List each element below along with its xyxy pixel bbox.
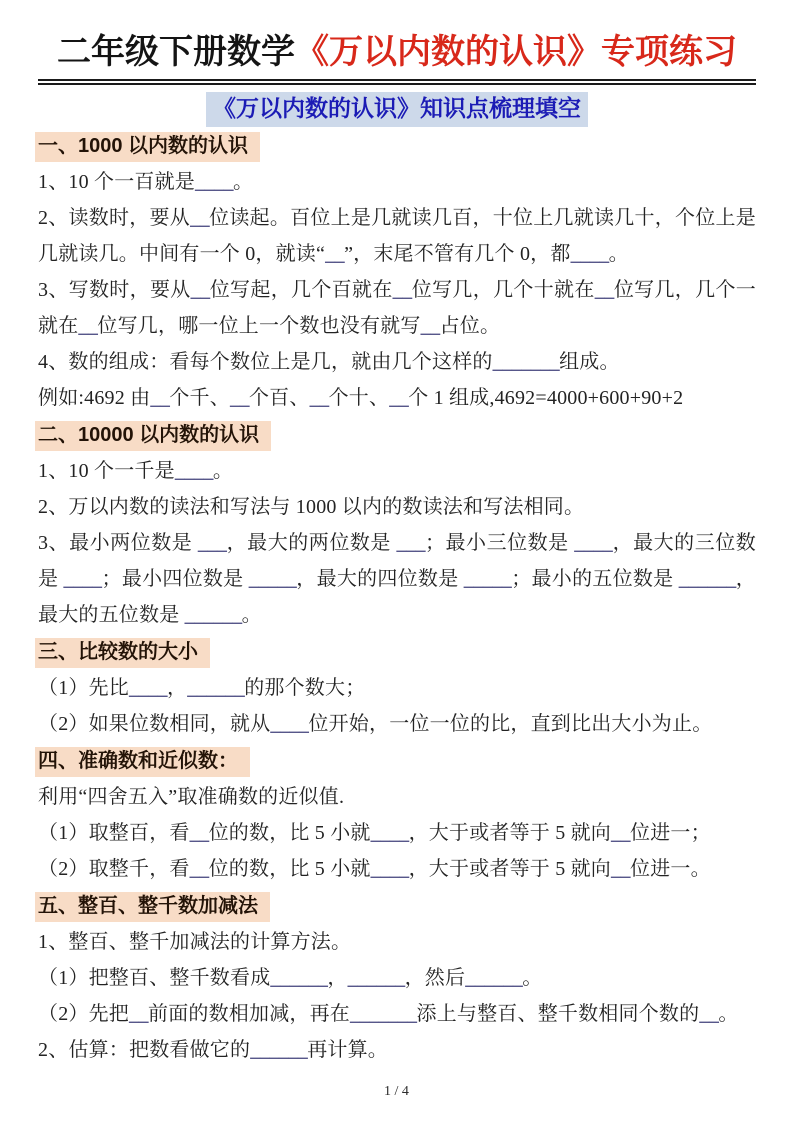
fill-in-blank: __ (393, 279, 412, 301)
worksheet-line: 2、读数时，要从__位读起。百位上是几就读几百，十位上几就读几十，个位上是几就读… (38, 200, 756, 272)
section-header-row: 四、准确数和近似数： (35, 747, 756, 777)
worksheet-line: （2）取整千，看__位的数，比 5 小就____，大于或者等于 5 就向__位进… (38, 851, 756, 887)
section-header: 三、比较数的大小 (35, 638, 210, 668)
section-header-row: 二、10000 以内数的认识 (35, 421, 756, 451)
worksheet-page: 二年级下册数学《万以内数的认识》专项练习 《万以内数的认识》知识点梳理填空 一、… (0, 0, 793, 1068)
worksheet-line: 1、整百、整千加减法的计算方法。 (38, 924, 756, 960)
worksheet-line: （1）先比____，______的那个数大； (38, 670, 756, 706)
fill-in-blank: ____ (195, 171, 233, 193)
fill-in-blank: ____ (574, 532, 612, 554)
title-highlight: 《万以内数的认识》专项练习 (295, 33, 737, 71)
fill-in-blank: __ (191, 279, 210, 301)
fill-in-blank: __ (611, 822, 630, 844)
fill-in-blank: _______ (350, 1003, 417, 1025)
fill-in-blank: ____ (371, 858, 409, 880)
fill-in-blank: ____ (371, 822, 409, 844)
section-numbers-within-10000: 二、10000 以内数的认识 1、10 个一千是____。 2、万以内数的读法和… (38, 421, 756, 633)
worksheet-line: 1、10 个一百就是____。 (38, 164, 756, 200)
fill-in-blank: _____ (464, 568, 512, 590)
fill-in-blank: ______ (465, 967, 522, 989)
fill-in-blank: __ (150, 387, 169, 409)
fill-in-blank: ______ (187, 677, 244, 699)
worksheet-line: 例如:4692 由__个千、__个百、__个十、__个 1 组成,4692=40… (38, 380, 756, 416)
worksheet-line: （1）取整百，看__位的数，比 5 小就____，大于或者等于 5 就向__位进… (38, 815, 756, 851)
worksheet-line: 3、写数时，要从__位写起，几个百就在__位写几，几个十就在__位写几，几个一就… (38, 272, 756, 344)
section-header: 一、1000 以内数的认识 (35, 132, 260, 162)
worksheet-line: （2）先把__前面的数相加减，再在_______添上与整百、整千数相同个数的__… (38, 996, 756, 1032)
fill-in-blank: ______ (185, 604, 242, 626)
fill-in-blank: ___ (198, 532, 227, 554)
fill-in-blank: ____ (129, 677, 167, 699)
fill-in-blank: ______ (270, 967, 327, 989)
fill-in-blank: ____ (270, 713, 308, 735)
fill-in-blank: ____ (571, 243, 609, 265)
fill-in-blank: __ (611, 858, 630, 880)
worksheet-line: 3、最小两位数是 ___，最大的两位数是 ___；最小三位数是 ____，最大的… (38, 525, 756, 633)
section-comparing-numbers: 三、比较数的大小 （1）先比____，______的那个数大； （2）如果位数相… (38, 638, 756, 742)
section-header: 五、整百、整千数加减法 (35, 892, 270, 922)
page-number: 1 / 4 (0, 1084, 793, 1100)
section-numbers-within-1000: 一、1000 以内数的认识 1、10 个一百就是____。 2、读数时，要从__… (38, 132, 756, 416)
worksheet-line: 1、10 个一千是____。 (38, 453, 756, 489)
fill-in-blank: ____ (64, 568, 102, 590)
fill-in-blank: ______ (250, 1039, 307, 1061)
title-prefix: 二年级下册数学 (57, 33, 295, 71)
fill-in-blank: __ (699, 1003, 718, 1025)
section-header-row: 一、1000 以内数的认识 (35, 132, 756, 162)
section-hundreds-thousands-addition-subtraction: 五、整百、整千数加减法 1、整百、整千加减法的计算方法。 （1）把整百、整千数看… (38, 892, 756, 1068)
fill-in-blank: __ (230, 387, 249, 409)
fill-in-blank: __ (325, 243, 344, 265)
fill-in-blank: __ (190, 858, 209, 880)
fill-in-blank: __ (78, 315, 97, 337)
section-header-row: 三、比较数的大小 (35, 638, 756, 668)
fill-in-blank: __ (310, 387, 329, 409)
section-header-row: 五、整百、整千数加减法 (35, 892, 756, 922)
section-header: 四、准确数和近似数： (35, 747, 250, 777)
fill-in-blank: ______ (348, 967, 405, 989)
worksheet-line: 2、估算：把数看做它的______再计算。 (38, 1032, 756, 1068)
worksheet-line: 利用“四舍五入”取准确数的近似值. (38, 779, 756, 815)
fill-in-blank: ____ (175, 460, 213, 482)
page-title: 二年级下册数学《万以内数的认识》专项练习 (38, 30, 756, 85)
fill-in-blank: _____ (249, 568, 297, 590)
worksheet-line: （1）把整百、整千数看成______，______，然后______。 (38, 960, 756, 996)
subtitle-row: 《万以内数的认识》知识点梳理填空 (38, 92, 756, 127)
fill-in-blank: __ (595, 279, 614, 301)
fill-in-blank: ___ (396, 532, 425, 554)
fill-in-blank: __ (190, 822, 209, 844)
fill-in-blank: __ (129, 1003, 148, 1025)
fill-in-blank: __ (389, 387, 408, 409)
worksheet-line: （2）如果位数相同，就从____位开始，一位一位的比，直到比出大小为止。 (38, 706, 756, 742)
page-subtitle: 《万以内数的认识》知识点梳理填空 (206, 92, 588, 127)
worksheet-line: 4、数的组成：看每个数位上是几，就由几个这样的_______组成。 (38, 344, 756, 380)
fill-in-blank: __ (190, 207, 209, 229)
fill-in-blank: _______ (493, 351, 560, 373)
fill-in-blank: __ (421, 315, 440, 337)
worksheet-line: 2、万以内数的读法和写法与 1000 以内的数读法和写法相同。 (38, 489, 756, 525)
section-header: 二、10000 以内数的认识 (35, 421, 271, 451)
fill-in-blank: ______ (679, 568, 736, 590)
section-exact-and-approximate-numbers: 四、准确数和近似数： 利用“四舍五入”取准确数的近似值. （1）取整百，看__位… (38, 747, 756, 887)
